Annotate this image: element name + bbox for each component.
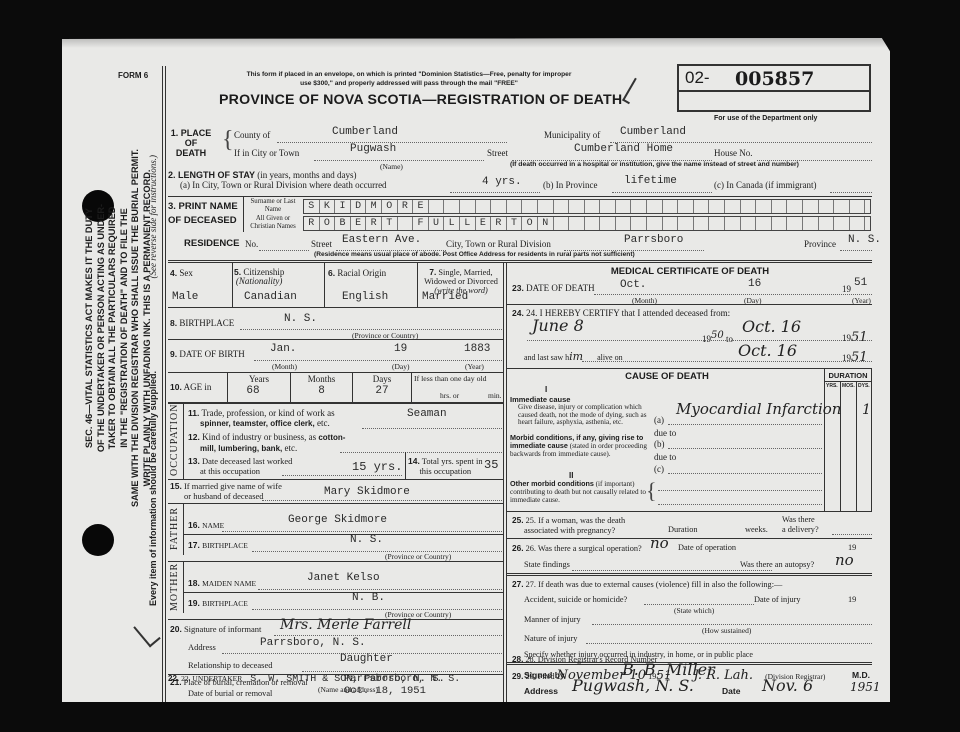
divider bbox=[405, 452, 406, 479]
letter-cell bbox=[741, 217, 757, 230]
divider bbox=[856, 381, 857, 512]
letter-cell bbox=[554, 217, 570, 230]
letter-cell bbox=[569, 217, 585, 230]
father-birthplace-line bbox=[252, 551, 502, 552]
last-saw-date: Oct. 16 bbox=[738, 341, 797, 360]
letter-cell bbox=[600, 200, 616, 213]
side-footer: Every item of information should be care… bbox=[148, 66, 160, 606]
other-line bbox=[658, 490, 822, 491]
delivery-label: Was therea delivery? bbox=[782, 515, 819, 535]
letter-cell bbox=[709, 217, 725, 230]
letter-cell bbox=[585, 200, 601, 213]
accident-line bbox=[644, 604, 754, 605]
stay-canada-label: (c) In Canada (if immigrant) bbox=[714, 180, 816, 190]
father-section-label: FATHER bbox=[169, 507, 180, 550]
informant-signature: Mrs. Merle Farrell bbox=[280, 617, 411, 633]
spouse-name: Mary Skidmore bbox=[324, 486, 410, 498]
residence-no-line bbox=[259, 250, 309, 251]
operation-date-label: Date of operation bbox=[678, 543, 736, 552]
residence-province-value: N. S. bbox=[848, 234, 881, 246]
letter-cell bbox=[538, 200, 554, 213]
residence-city-value: Parrsboro bbox=[624, 234, 683, 246]
year-prefix: 19 bbox=[842, 284, 851, 294]
letter-cell bbox=[554, 200, 570, 213]
nature-label: Nature of injury bbox=[524, 634, 577, 643]
form-number: FORM 6 bbox=[118, 71, 148, 80]
registration-prefix: 02- bbox=[685, 68, 710, 88]
divider bbox=[417, 263, 418, 307]
residence-street-label: Street bbox=[311, 239, 332, 249]
immediate-cause-note: Give disease, injury or complication whi… bbox=[518, 404, 648, 427]
attended-to-year: 1951 bbox=[842, 330, 868, 345]
father-name: George Skidmore bbox=[288, 514, 387, 526]
informant-signature-label: 20. Signature of informant bbox=[170, 624, 261, 634]
last-worked-line bbox=[282, 475, 402, 476]
registrar-rows: 28. 28. Division Registrar's Record Numb… bbox=[512, 655, 882, 683]
letter-cell: R bbox=[366, 217, 382, 230]
operation-value: no bbox=[650, 534, 669, 552]
informant-address-label: Address bbox=[188, 642, 216, 652]
letter-cell bbox=[663, 200, 679, 213]
cause-a-days: 1 bbox=[862, 402, 871, 418]
cause-a-value: Myocardial Infarction bbox=[676, 400, 841, 418]
county-label: County of bbox=[234, 130, 270, 140]
letter-cell: E bbox=[413, 200, 429, 213]
divider bbox=[168, 372, 503, 373]
last-saw-year: 1951 bbox=[842, 350, 868, 365]
nature-line bbox=[586, 643, 872, 644]
year-caption: (Year) bbox=[465, 362, 484, 371]
father-birthplace: N. S. bbox=[350, 534, 383, 546]
sex-value: Male bbox=[172, 291, 198, 303]
letter-cell: K bbox=[320, 200, 336, 213]
stay-province-value: lifetime bbox=[624, 175, 677, 187]
letter-cell: T bbox=[382, 217, 398, 230]
informant-line bbox=[274, 635, 502, 636]
informant-address: Parrsboro, N. S. bbox=[260, 637, 366, 649]
letter-cell: T bbox=[507, 217, 523, 230]
citizenship-label: 5. Citizenship(Nationality) bbox=[234, 268, 284, 286]
age-days: 27 bbox=[353, 385, 411, 397]
residence-no-label: No. bbox=[245, 239, 258, 249]
birthplace-line bbox=[240, 329, 502, 330]
dys-col: DYS. bbox=[858, 383, 870, 389]
divider bbox=[168, 561, 503, 562]
letter-cell bbox=[803, 217, 819, 230]
divider bbox=[411, 372, 412, 402]
mother-name-line bbox=[258, 589, 502, 590]
divider bbox=[824, 381, 872, 382]
manner-line bbox=[592, 624, 872, 625]
letter-cell: E bbox=[476, 217, 492, 230]
weeks-label: weeks. bbox=[745, 525, 768, 534]
place-of-death-label: 1. PLACEOFDEATH bbox=[168, 128, 214, 158]
findings-label: State findings bbox=[524, 560, 570, 569]
spouse-label: 15. If married give name of wifeor husba… bbox=[170, 481, 282, 501]
divider bbox=[324, 263, 325, 307]
stay-city-line bbox=[450, 192, 540, 193]
cause-c-line bbox=[668, 473, 822, 474]
letter-cell: R bbox=[304, 217, 320, 230]
months-label: Months bbox=[291, 374, 352, 384]
letter-cell bbox=[585, 217, 601, 230]
father-name-line bbox=[222, 531, 502, 532]
filed-row: 29. 29. Filed November 10 1951 J. R. Lah… bbox=[512, 668, 882, 683]
delivery-line bbox=[832, 534, 872, 535]
attended-to: Oct. 16 bbox=[742, 317, 801, 336]
residence-street-value: Eastern Ave. bbox=[342, 234, 421, 246]
state-which-caption: (State which) bbox=[674, 606, 714, 615]
trade-label: 11. Trade, profession, or kind of work a… bbox=[188, 408, 335, 429]
injury-date-label: Date of injury bbox=[754, 595, 801, 604]
father-birthplace-label: 17. BIRTHPLACE bbox=[188, 540, 248, 550]
birthplace-value: N. S. bbox=[284, 313, 317, 325]
street-value: Cumberland Home bbox=[574, 143, 673, 155]
death-registration-form: SEC. 46—VITAL STATISTICS ACT MAKES IT TH… bbox=[62, 38, 890, 702]
letter-cell: F bbox=[413, 217, 429, 230]
letter-cell bbox=[787, 217, 803, 230]
house-label: House No. bbox=[714, 148, 753, 158]
city-line bbox=[314, 160, 484, 161]
letter-cell bbox=[772, 217, 788, 230]
last-worked-label: 13. Date deceased last workedat this occ… bbox=[188, 456, 292, 476]
undertaker-caption: (Name and address) bbox=[318, 685, 498, 694]
letter-cell bbox=[569, 200, 585, 213]
letter-cell bbox=[460, 200, 476, 213]
relationship-line bbox=[302, 671, 502, 672]
relationship-value: Daughter bbox=[340, 653, 393, 665]
stay-province-line bbox=[612, 192, 712, 193]
cause-of-death-header: CAUSE OF DEATH bbox=[512, 371, 822, 382]
letter-cell bbox=[725, 200, 741, 213]
letter-cell bbox=[476, 200, 492, 213]
residence-province-label: Province bbox=[804, 239, 836, 249]
sex-label: 4. Sex bbox=[170, 268, 193, 278]
pregnancy-label: 25. 25. If a woman, was the deathassocia… bbox=[512, 515, 625, 536]
min-label: min. bbox=[488, 391, 502, 400]
letter-cell: O bbox=[382, 200, 398, 213]
filed-year: 51 bbox=[656, 668, 671, 682]
letter-cell bbox=[522, 200, 538, 213]
given-name-cells: ROBERTFULLERTON bbox=[303, 216, 871, 231]
stay-province-label: (b) In Province bbox=[543, 180, 597, 190]
column-divider bbox=[503, 263, 504, 702]
letter-cell: R bbox=[491, 217, 507, 230]
letter-cell: I bbox=[335, 200, 351, 213]
external-causes-label: 27. 27. If death was due to external cau… bbox=[512, 579, 782, 589]
medical-certificate-header: MEDICAL CERTIFICATE OF DEATH bbox=[508, 266, 872, 277]
section-divider bbox=[168, 260, 872, 263]
letter-cell: L bbox=[460, 217, 476, 230]
occupation-section-label: OCCUPATION bbox=[169, 404, 180, 476]
mother-birthplace: N. B. bbox=[352, 592, 385, 604]
physician-address-label: Address bbox=[524, 686, 558, 696]
due-to-label: due to bbox=[654, 428, 676, 438]
divider bbox=[506, 304, 872, 305]
yrs-col: YRS. bbox=[826, 383, 838, 389]
name-caption: (Name) bbox=[380, 162, 403, 171]
hrs-label: hrs. or bbox=[440, 391, 459, 400]
county-value: Cumberland bbox=[332, 126, 398, 138]
letter-cell bbox=[694, 200, 710, 213]
total-years-value: 35 bbox=[484, 458, 498, 472]
year-prefix: 19 bbox=[848, 595, 856, 604]
letter-cell bbox=[787, 200, 803, 213]
filed-date: November 10 bbox=[557, 668, 646, 683]
letter-cell bbox=[444, 200, 460, 213]
city-label: If in City or Town bbox=[234, 148, 299, 158]
scan-shadow bbox=[62, 38, 890, 48]
municipality-label: Municipality of bbox=[544, 130, 600, 140]
letter-cell bbox=[678, 200, 694, 213]
letter-cell: S bbox=[304, 200, 320, 213]
letter-cell bbox=[631, 200, 647, 213]
industry-label: 12. Kind of industry or business, as cot… bbox=[188, 432, 345, 454]
side-notice: SEC. 46—VITAL STATISTICS ACT MAKES IT TH… bbox=[84, 78, 153, 578]
divider bbox=[168, 339, 503, 340]
mother-birthplace-line bbox=[252, 609, 502, 610]
letter-cell bbox=[725, 217, 741, 230]
dod-month: Oct. bbox=[620, 279, 646, 291]
letter-cell: O bbox=[320, 217, 336, 230]
letter-cell: B bbox=[335, 217, 351, 230]
stay-canada-line bbox=[830, 192, 872, 193]
box-divider bbox=[679, 90, 869, 92]
letter-cell bbox=[756, 200, 772, 213]
cause-a-line bbox=[668, 424, 822, 425]
letter-cell: R bbox=[398, 200, 414, 213]
letter-cell bbox=[507, 200, 523, 213]
letter-cell: M bbox=[366, 200, 382, 213]
mother-section-label: MOTHER bbox=[169, 563, 180, 611]
divider bbox=[183, 561, 184, 613]
undertaker-row: 22. 22. UNDERTAKER S. W. SMITH & SON, Pa… bbox=[168, 674, 498, 694]
duration-divider bbox=[824, 368, 825, 512]
registrar-signature: J. R. Lah. bbox=[694, 668, 753, 683]
other-conditions-label: Other morbid conditions (if important) c… bbox=[510, 480, 650, 504]
autopsy-value: no bbox=[835, 551, 854, 569]
relationship-label: Relationship to deceased bbox=[188, 660, 273, 670]
racial-origin-label: 6. Racial Origin bbox=[328, 268, 386, 278]
cause-c-label: (c) bbox=[654, 464, 664, 474]
birthplace-label: 8. BIRTHPLACE bbox=[170, 318, 234, 328]
accident-label: Accident, suicide or homicide? bbox=[524, 595, 627, 604]
manner-label: Manner of injury bbox=[524, 615, 581, 624]
letter-cell bbox=[850, 217, 866, 230]
registration-number: 005857 bbox=[735, 68, 814, 90]
divider bbox=[183, 534, 503, 535]
industry-line bbox=[340, 452, 502, 453]
cause-b-label: (b) bbox=[654, 439, 665, 449]
undertaker-value: S. W. SMITH & SON, Parrsboro, N. S. bbox=[250, 674, 460, 685]
age-label: 10. AGE in bbox=[170, 382, 211, 392]
attended-from: June 8 bbox=[532, 316, 584, 335]
racial-origin-value: English bbox=[342, 291, 388, 303]
morbid-conditions-label: Morbid conditions, if any, giving rise t… bbox=[510, 434, 650, 458]
letter-cell bbox=[647, 217, 663, 230]
marital-status-value: Married bbox=[422, 291, 468, 303]
trade-line bbox=[362, 428, 502, 429]
duration-header: DURATION bbox=[825, 371, 871, 380]
how-caption: (How sustained) bbox=[702, 626, 751, 635]
letter-cell: U bbox=[429, 217, 445, 230]
department-note: For use of the Department only bbox=[714, 115, 817, 122]
letter-cell: L bbox=[444, 217, 460, 230]
stay-city-label: (a) In City, Town or Rural Division wher… bbox=[180, 180, 387, 190]
city-value: Pugwash bbox=[350, 143, 396, 155]
letter-cell: D bbox=[351, 200, 367, 213]
letter-cell bbox=[491, 200, 507, 213]
age-months: 8 bbox=[291, 385, 352, 397]
letter-cell bbox=[663, 217, 679, 230]
stay-city-value: 4 yrs. bbox=[482, 176, 522, 188]
residence-province-line bbox=[840, 250, 872, 251]
cause-b-line bbox=[668, 448, 822, 449]
province-caption: (Province or Country) bbox=[385, 552, 451, 561]
residence-note: (Residence means usual place of abode. P… bbox=[314, 251, 635, 258]
signature-date-label: Date bbox=[722, 686, 740, 696]
years-label: Years bbox=[228, 374, 290, 384]
municipality-value: Cumberland bbox=[620, 126, 686, 138]
letter-cell bbox=[398, 217, 414, 230]
brace: { bbox=[646, 478, 657, 504]
citizenship-value: Canadian bbox=[244, 291, 297, 303]
surname-cells: SKIDMORE bbox=[303, 199, 871, 214]
letter-cell bbox=[741, 200, 757, 213]
letter-cell bbox=[631, 217, 647, 230]
date-of-birth-label: 9. DATE OF BIRTH bbox=[170, 349, 245, 359]
letter-cell bbox=[600, 217, 616, 230]
divider bbox=[183, 592, 503, 593]
form-title: PROVINCE OF NOVA SCOTIA—REGISTRATION OF … bbox=[219, 92, 622, 108]
spouse-line bbox=[262, 500, 502, 501]
residence-city-label: City, Town or Rural Division bbox=[446, 239, 551, 249]
dob-month: Jan. bbox=[270, 343, 296, 355]
findings-line bbox=[572, 570, 772, 571]
letter-cell: O bbox=[522, 217, 538, 230]
length-of-stay-label: 2. LENGTH OF STAY (in years, months and … bbox=[168, 170, 357, 180]
divider bbox=[243, 196, 244, 232]
letter-cell bbox=[834, 200, 850, 213]
institution-note: (If death occurred in a hospital or inst… bbox=[510, 161, 799, 168]
letter-cell bbox=[772, 200, 788, 213]
residence-label: RESIDENCE bbox=[184, 238, 239, 249]
divider bbox=[168, 196, 872, 197]
mother-birthplace-label: 19. BIRTHPLACE bbox=[188, 598, 248, 608]
letter-cell: N bbox=[538, 217, 554, 230]
dod-year: 51 bbox=[854, 277, 867, 289]
dob-line bbox=[254, 360, 502, 361]
due-to-label: due to bbox=[654, 452, 676, 462]
last-worked-value: 15 yrs. bbox=[352, 460, 402, 474]
registrar-caption: (Division Registrar) bbox=[765, 672, 825, 681]
left-margin-rule-inner bbox=[165, 66, 166, 702]
name-field-labels: Surname or Last Name All Given or Christ… bbox=[245, 198, 301, 230]
section-divider bbox=[506, 573, 872, 576]
under-day-label: If less than one day old bbox=[414, 374, 487, 383]
attended-line bbox=[527, 340, 872, 341]
operation-label: 26. 26. Was there a surgical operation? bbox=[512, 543, 642, 553]
letter-cell bbox=[819, 200, 835, 213]
letter-cell bbox=[834, 217, 850, 230]
father-name-label: 16. NAME bbox=[188, 520, 224, 530]
letter-cell bbox=[803, 200, 819, 213]
divider bbox=[506, 538, 872, 539]
letter-cell bbox=[616, 200, 632, 213]
left-margin-rule bbox=[162, 66, 163, 702]
dob-year: 1883 bbox=[464, 343, 490, 355]
letter-cell bbox=[819, 217, 835, 230]
last-saw-line bbox=[582, 361, 872, 362]
duration-label: Duration bbox=[668, 525, 698, 534]
divider bbox=[168, 402, 503, 404]
mother-name-label: 18. MAIDEN NAME bbox=[188, 578, 256, 588]
letter-cell bbox=[429, 200, 445, 213]
letter-cell bbox=[678, 217, 694, 230]
divider bbox=[183, 503, 184, 555]
letter-cell bbox=[647, 200, 663, 213]
mother-name: Janet Kelso bbox=[307, 572, 380, 584]
record-number-row: 28. 28. Division Registrar's Record Numb… bbox=[512, 655, 882, 664]
checkmark-icon bbox=[133, 619, 160, 648]
autopsy-label: Was there an autopsy? bbox=[740, 560, 814, 569]
letter-cell bbox=[694, 217, 710, 230]
brace: { bbox=[222, 128, 234, 152]
letter-cell bbox=[709, 200, 725, 213]
divider bbox=[183, 404, 184, 479]
registration-number-box: 02- 005857 bbox=[677, 64, 871, 112]
letter-cell bbox=[616, 217, 632, 230]
mail-notice: This form if placed in an envelope, on w… bbox=[174, 71, 644, 88]
trade-value: Seaman bbox=[407, 408, 447, 420]
dod-line bbox=[594, 294, 872, 295]
section-i: I bbox=[545, 385, 547, 394]
date-of-death-label: 23. DATE OF DEATH bbox=[512, 283, 595, 293]
divider bbox=[232, 263, 233, 307]
attended-from-year: 1950 to bbox=[702, 330, 733, 344]
print-name-label: 3. PRINT NAME OF DECEASED bbox=[168, 200, 238, 228]
dob-day: 19 bbox=[394, 343, 407, 355]
dod-day: 16 bbox=[748, 278, 761, 290]
divider bbox=[168, 307, 503, 308]
letter-cell bbox=[756, 217, 772, 230]
other-line bbox=[658, 504, 822, 505]
day-caption: (Day) bbox=[392, 362, 410, 371]
month-caption: (Month) bbox=[272, 362, 297, 371]
total-years-label: 14. Total yrs. spent inthis occupation bbox=[408, 456, 483, 476]
divider bbox=[168, 503, 503, 504]
days-label: Days bbox=[353, 374, 411, 384]
cause-a-label: (a) bbox=[654, 415, 664, 425]
divider bbox=[168, 479, 503, 480]
letter-cell: E bbox=[351, 217, 367, 230]
letter-cell bbox=[850, 200, 866, 213]
street-label: Street bbox=[487, 148, 508, 158]
mos-col: MOS. bbox=[842, 383, 855, 389]
age-years: 68 bbox=[228, 385, 278, 397]
